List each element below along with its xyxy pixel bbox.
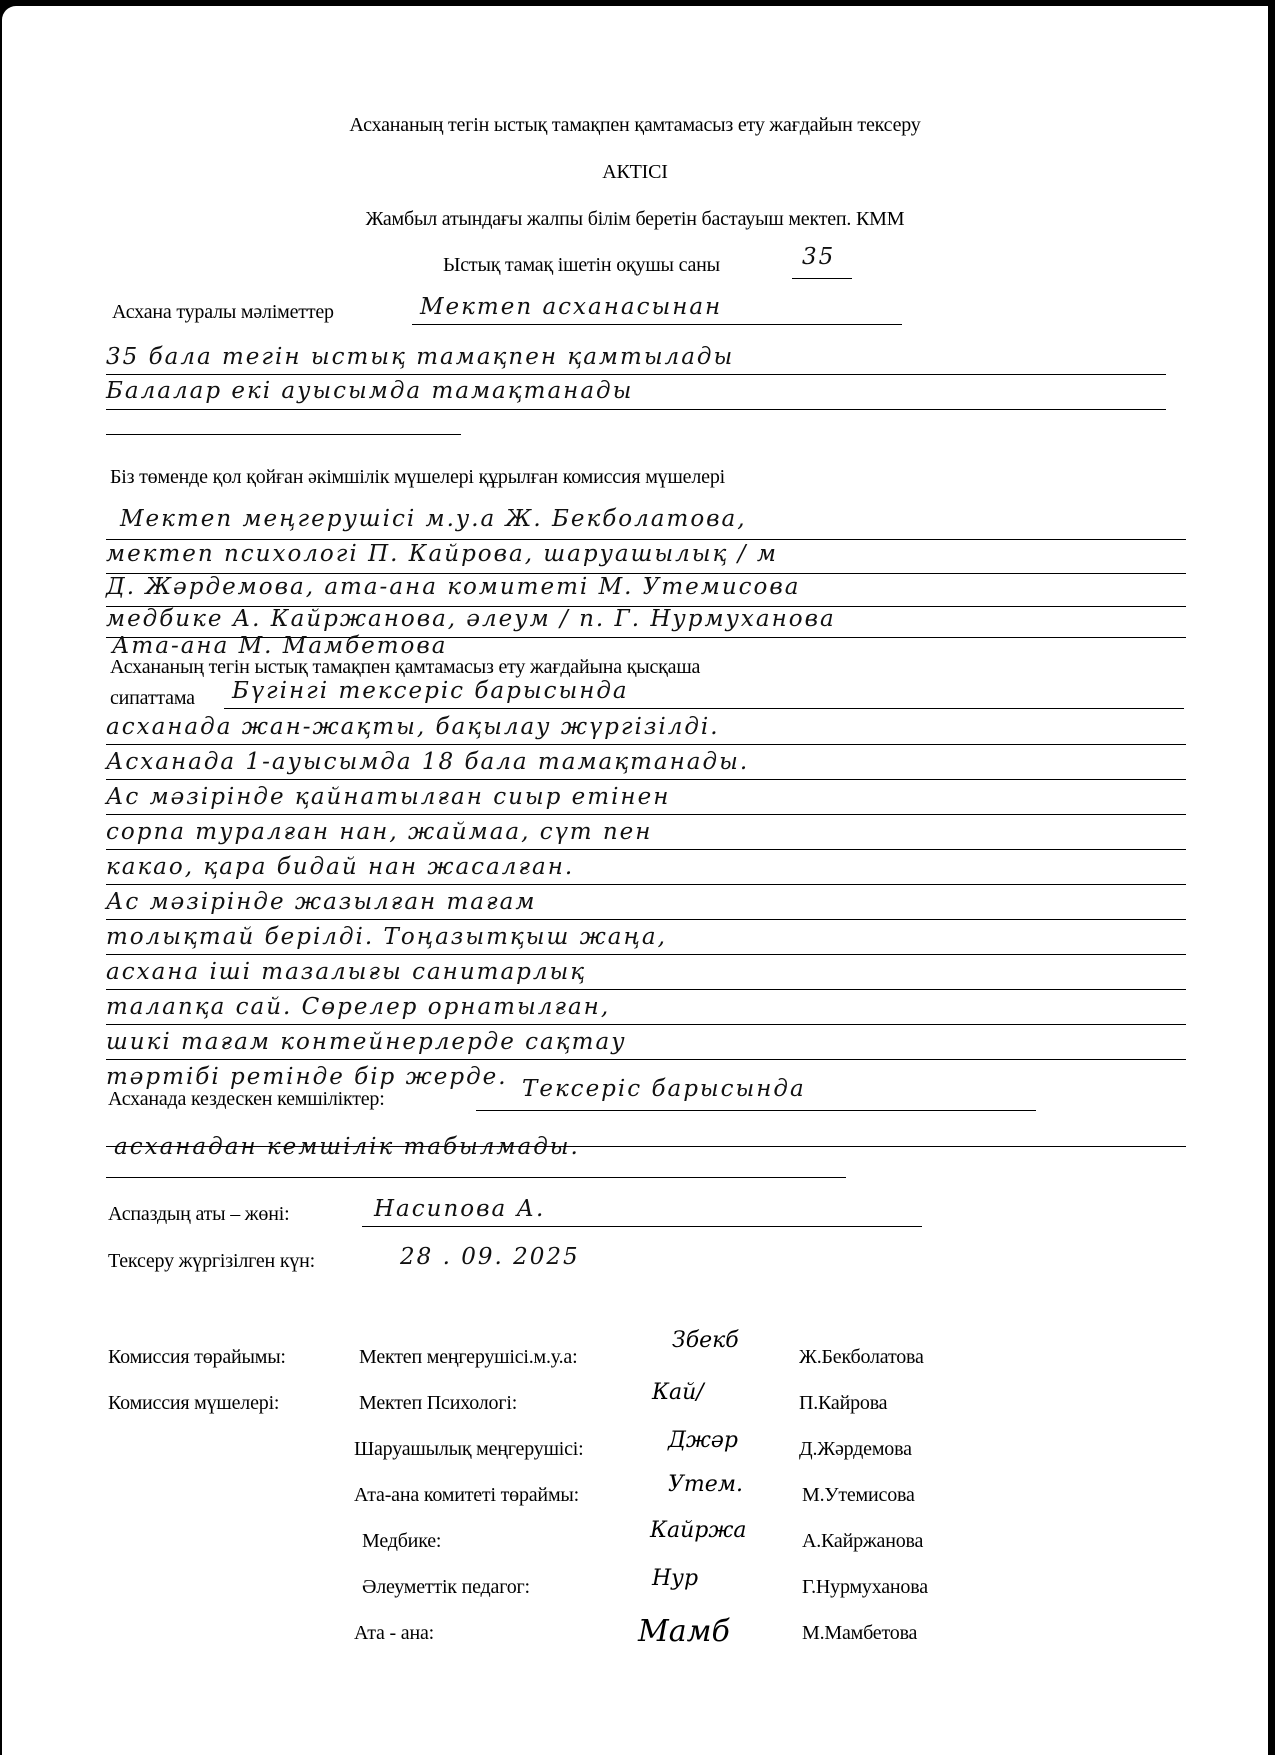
description-line: Ас мәзірінде жазылған тағам: [106, 889, 536, 915]
signature: Кай/: [652, 1380, 704, 1405]
canteen-info-line: Мектеп асханасынан: [420, 294, 722, 320]
description-line: талапқа сай. Сөрелер орнатылған,: [106, 994, 610, 1020]
signature: Нур: [652, 1566, 698, 1591]
underline: [106, 374, 1166, 375]
signatory-position: Медбике:: [362, 1530, 441, 1553]
underline: [106, 849, 1186, 850]
school-name: Жамбыл атындағы жалпы білім беретін баст…: [2, 208, 1268, 231]
signatory-position: Ата-ана комитеті төраймы:: [354, 1484, 579, 1507]
description-label-2: сипаттама: [110, 687, 195, 710]
underline: [106, 779, 1186, 780]
inspection-date-value: 28 . 09. 2025: [400, 1244, 580, 1270]
students-count-value: 35: [802, 244, 835, 270]
description-line: Асханада 1-ауысымда 18 бала тамақтанады.: [106, 749, 749, 775]
description-line: сорпа туралған нан, жаймаа, сүт пен: [106, 819, 652, 845]
description-line: толықтай берілді. Тоңазытқыш жаңа,: [106, 924, 667, 950]
document-subtitle: АКТІСІ: [2, 161, 1268, 184]
signatory-name: Д.Жәрдемова: [799, 1438, 912, 1461]
signature: Утем.: [668, 1472, 743, 1497]
underline: [224, 708, 1184, 709]
signature: Кайржа: [650, 1518, 747, 1543]
signatory-position: Мектеп Психологі:: [359, 1392, 517, 1415]
signatory-name: Г.Нурмуханова: [802, 1576, 928, 1599]
underline: [106, 1059, 1186, 1060]
underline: [106, 1177, 846, 1178]
underline: [106, 744, 1186, 745]
signatory-position: Ата - ана:: [354, 1622, 434, 1645]
signatory-name: Ж.Бекболатова: [799, 1346, 924, 1369]
document-title: Асхананың тегін ыстық тамақпен қамтамасы…: [2, 114, 1268, 137]
description-line: асханада жан-жақты, бақылау жүргізілді.: [106, 714, 720, 740]
description-label: Асхананың тегін ыстық тамақпен қамтамасы…: [110, 656, 700, 679]
signatory-position: Мектеп меңгерушісі.м.у.а:: [359, 1346, 577, 1369]
underline: [362, 1226, 922, 1227]
canteen-info-line: 35 бала тегін ыстық тамақпен қамтылады: [106, 344, 734, 370]
canteen-info-line: Балалар екі ауысымда тамақтанады: [106, 378, 633, 404]
underline: [106, 989, 1186, 990]
underline: [476, 1110, 1036, 1111]
deficiencies-label: Асханада кездескен кемшіліктер:: [108, 1088, 385, 1111]
commission-label: Біз төменде қол қойған әкімшілік мүшелер…: [110, 466, 725, 489]
commission-chair-label: Комиссия төрайымы:: [108, 1346, 286, 1369]
description-line: тәртібі ретінде бір жерде.: [106, 1064, 508, 1090]
underline: [412, 324, 902, 325]
signature: Збекб: [672, 1328, 739, 1353]
description-line: какао, қара бидай нан жасалған.: [106, 854, 574, 880]
underline: [106, 539, 1186, 540]
commission-line: Д. Жәрдемова, ата-ана комитеті М. Утемис…: [106, 574, 801, 600]
underline: [106, 954, 1186, 955]
cook-name: Насипова А.: [374, 1196, 545, 1222]
signatory-name: П.Кайрова: [799, 1392, 887, 1415]
cook-label: Аспаздың аты – жөні:: [108, 1203, 289, 1226]
signature: Джәр: [668, 1428, 738, 1453]
signatory-name: А.Кайржанова: [802, 1530, 923, 1553]
underline: [106, 1024, 1186, 1025]
document-page: Асхананың тегін ыстық тамақпен қамтамасы…: [2, 6, 1268, 1755]
students-count-label: Ыстық тамақ ішетін оқушы саны: [443, 254, 720, 277]
description-line: шикі тағам контейнерлерде сақтау: [106, 1029, 627, 1055]
commission-line: медбике А. Кайржанова, әлеум / п. Г. Нур…: [106, 606, 836, 632]
description-line: асхана іші тазалығы санитарлық: [106, 959, 586, 985]
underline: [106, 814, 1186, 815]
signature: Мамб: [638, 1614, 730, 1649]
deficiencies-line: Тексеріс барысында: [522, 1076, 806, 1102]
commission-line: Мектеп меңгерушісі м.у.а Ж. Бекболатова,: [120, 506, 747, 532]
inspection-date-label: Тексеру жүргізілген күн:: [108, 1250, 315, 1273]
signatory-position: Әлеуметтік педагог:: [362, 1576, 530, 1599]
signatory-name: М.Утемисова: [802, 1484, 915, 1507]
commission-line: мектеп психологі П. Кайрова, шаруашылық …: [106, 541, 778, 567]
description-line: Бүгінгі тексеріс барысында: [232, 678, 629, 704]
canteen-info-label: Асхана туралы мәліметтер: [112, 301, 334, 324]
signatory-name: М.Мамбетова: [802, 1622, 917, 1645]
commission-members-label: Комиссия мүшелері:: [108, 1392, 279, 1415]
underline: [106, 1146, 1186, 1147]
underline: [106, 409, 1166, 410]
underline: [106, 434, 461, 435]
description-line: Ас мәзірінде қайнатылған сиыр етінен: [106, 784, 670, 810]
underline: [106, 919, 1186, 920]
underline: [106, 884, 1186, 885]
deficiencies-line: асханадан кемшілік табылмады.: [114, 1134, 580, 1160]
signatory-position: Шаруашылық меңгерушісі:: [354, 1438, 584, 1461]
students-count-underline: [792, 278, 852, 279]
